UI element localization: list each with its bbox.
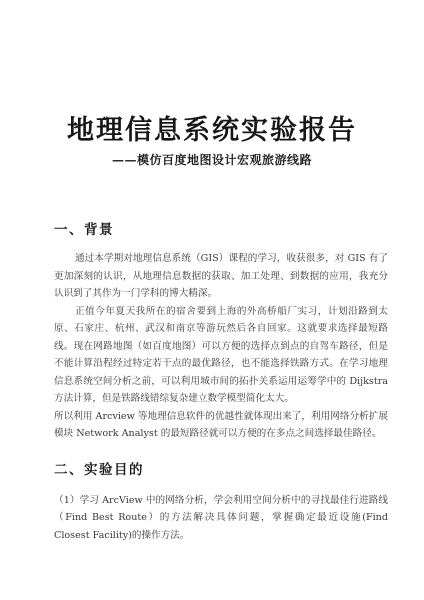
section-purpose-paragraph-1: （1）学习 ArcView 中的网络分析，学会利用空间分析中的寻找最佳行进路线（… bbox=[54, 492, 388, 545]
document-body: 一、背景 通过本学期对地理信息系统（GIS）课程的学习，收获很多，对 GIS 有… bbox=[0, 222, 424, 544]
section-background-paragraph-1: 通过本学期对地理信息系统（GIS）课程的学习，收获很多，对 GIS 有了更加深刻… bbox=[54, 250, 388, 303]
section-background: 一、背景 通过本学期对地理信息系统（GIS）课程的学习，收获很多，对 GIS 有… bbox=[54, 222, 388, 443]
document-header: 地理信息系统实验报告 ——模仿百度地图设计宏观旅游线路 bbox=[0, 114, 424, 168]
document-page: 地理信息系统实验报告 ——模仿百度地图设计宏观旅游线路 一、背景 通过本学期对地… bbox=[0, 0, 424, 600]
document-title: 地理信息系统实验报告 bbox=[0, 114, 424, 148]
section-background-paragraph-3: 所以利用 Arcview 等地理信息软件的优越性就体现出来了，利用网络分析扩展模… bbox=[54, 408, 388, 443]
section-background-heading: 一、背景 bbox=[54, 222, 388, 238]
section-purpose: 二、实验目的 （1）学习 ArcView 中的网络分析，学会利用空间分析中的寻找… bbox=[54, 462, 388, 545]
section-purpose-heading: 二、实验目的 bbox=[54, 462, 388, 478]
document-subtitle: ——模仿百度地图设计宏观旅游线路 bbox=[0, 153, 424, 168]
section-background-paragraph-2: 正值今年夏天我所在的宿舍要到上海的外高桥船厂实习，计划沿路到太原、石家庄、杭州、… bbox=[54, 303, 388, 408]
